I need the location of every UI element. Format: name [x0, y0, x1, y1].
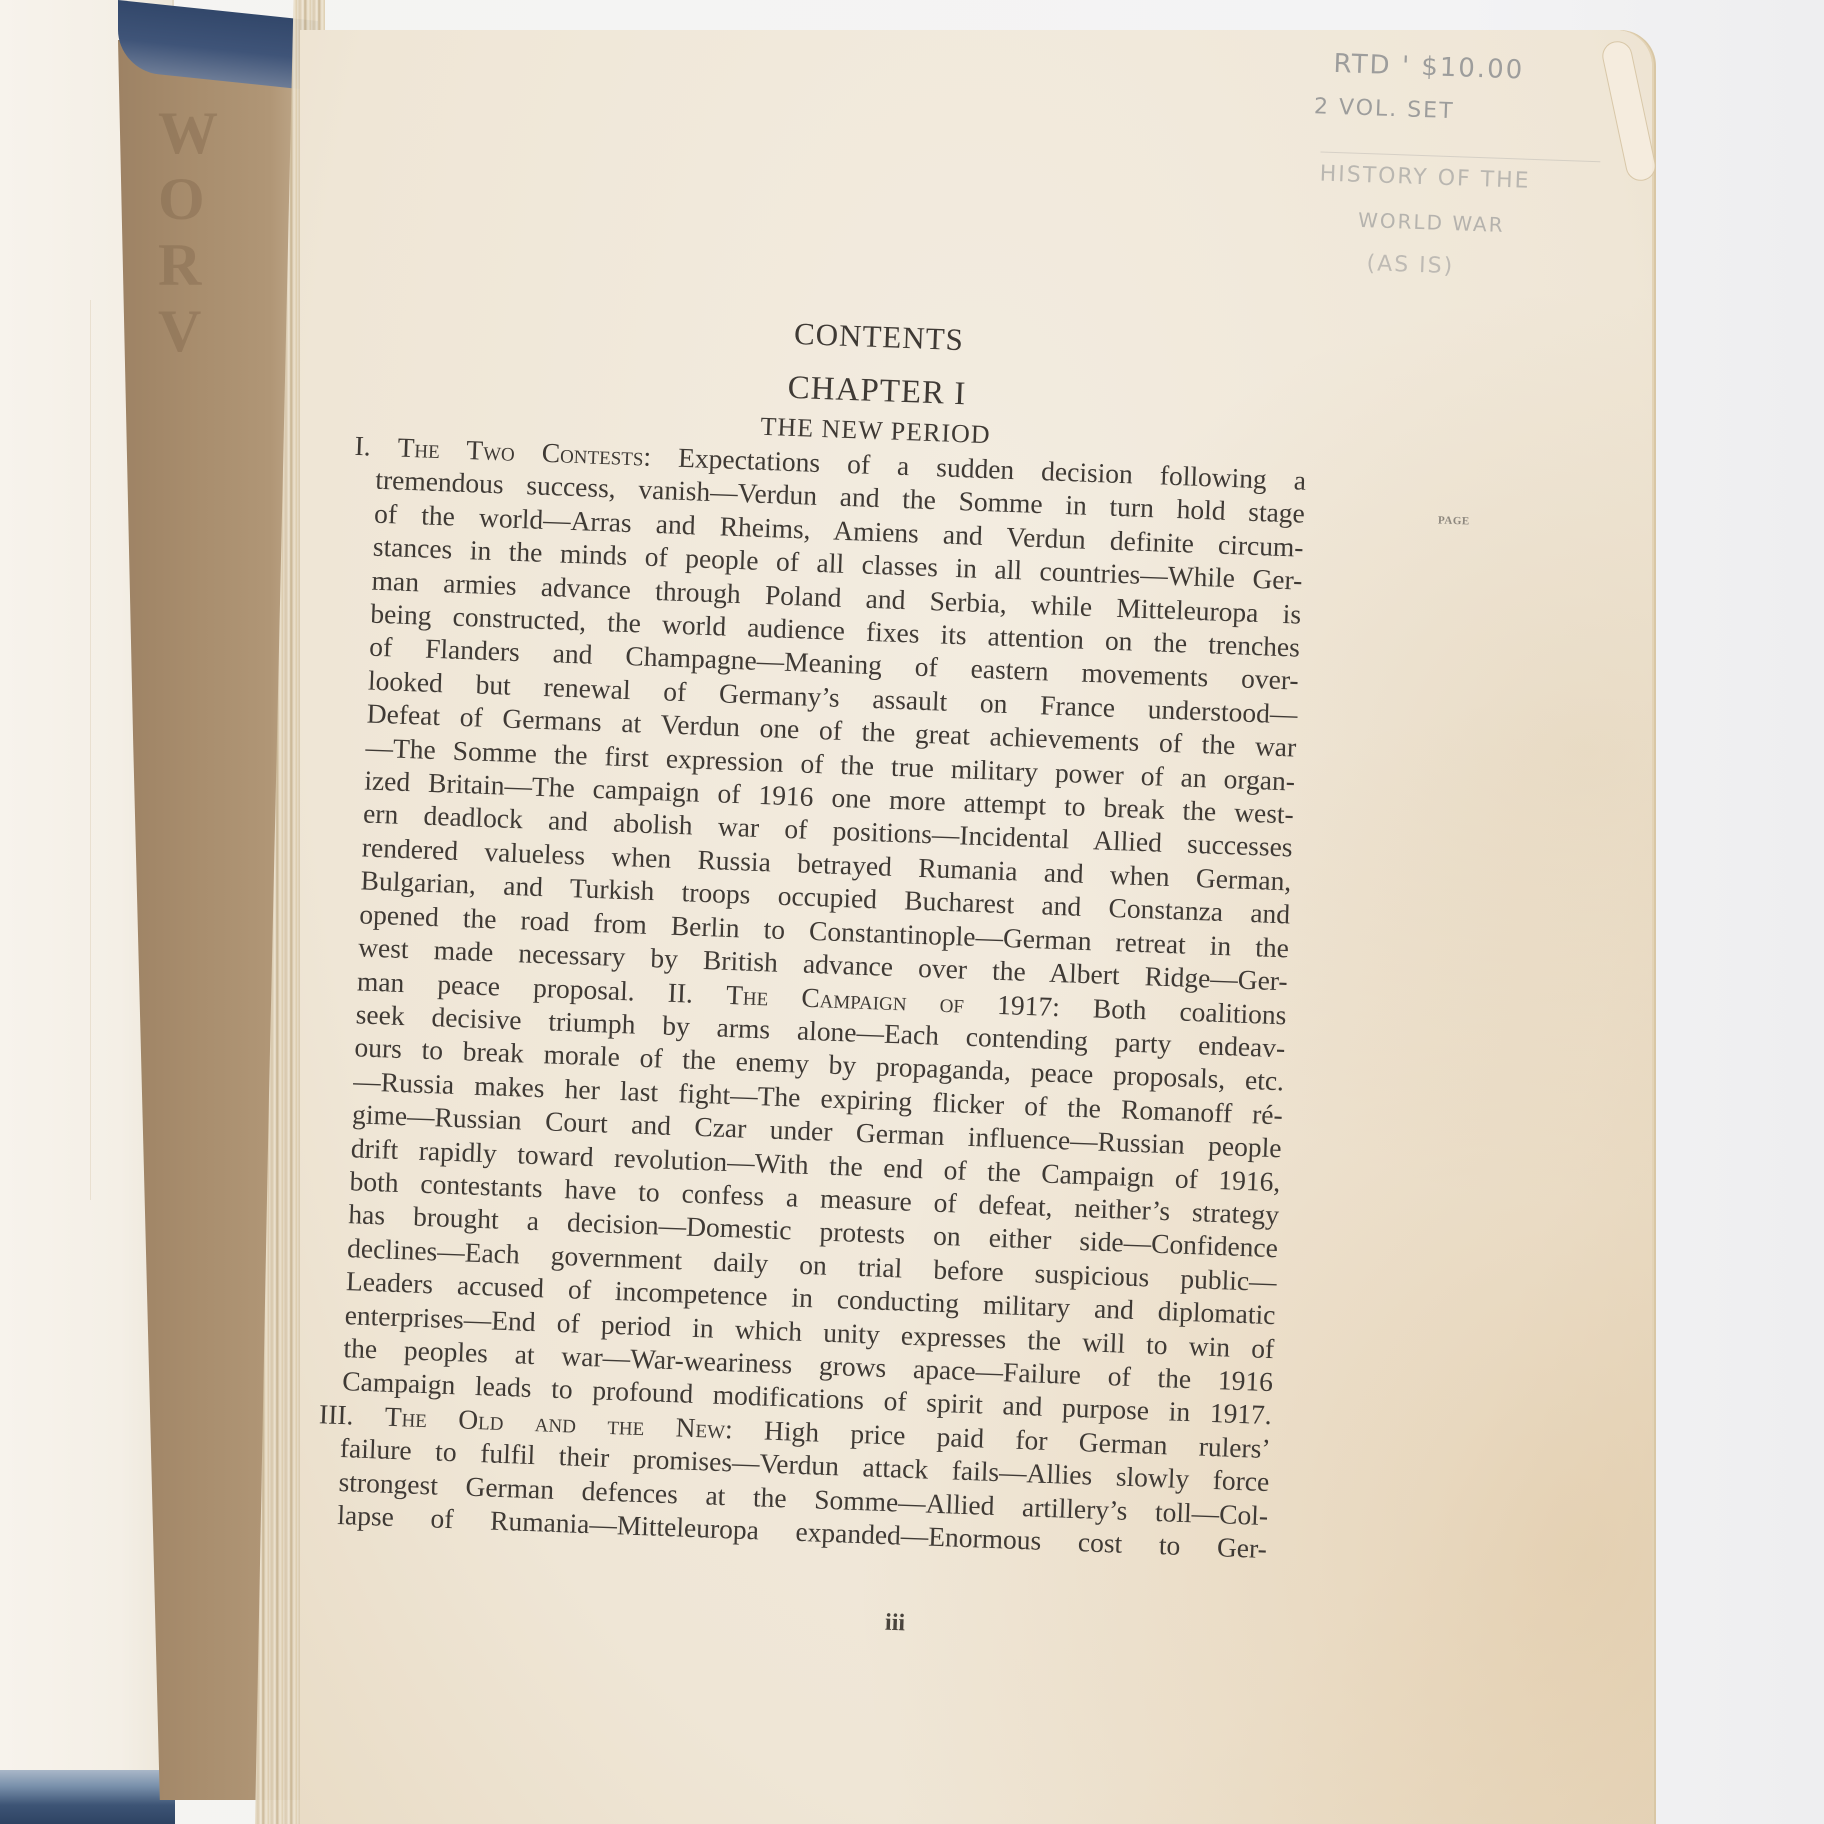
synopsis-lines: I. The Two Contests: Expectations of a s…: [315, 429, 1355, 1567]
book-photo: WORV RTD ' $10.00 2 VOL. SET HISTORY OF …: [0, 0, 1824, 1824]
cloth-cover-bottom: [0, 1770, 175, 1824]
offset-print-ghost: WORV: [158, 100, 222, 364]
section-numeral: I.: [354, 430, 398, 463]
contents-page: RTD ' $10.00 2 VOL. SET HISTORY OF THE W…: [300, 30, 1652, 1824]
pencil-note-set: 2 VOL. SET: [1313, 85, 1602, 139]
section-numeral: III.: [319, 1398, 386, 1431]
torn-edge: [90, 300, 121, 1200]
pencil-annotations: RTD ' $10.00 2 VOL. SET HISTORY OF THE W…: [1296, 41, 1604, 294]
page-column-label: PAGE: [1438, 514, 1470, 527]
pencil-note-condition: (AS IS): [1366, 242, 1597, 294]
page-number: iii: [885, 1610, 906, 1638]
contents-text: CONTENTS CHAPTER I THE NEW PERIOD I. The…: [315, 300, 1359, 1567]
dog-ear-corner: [1600, 38, 1659, 183]
